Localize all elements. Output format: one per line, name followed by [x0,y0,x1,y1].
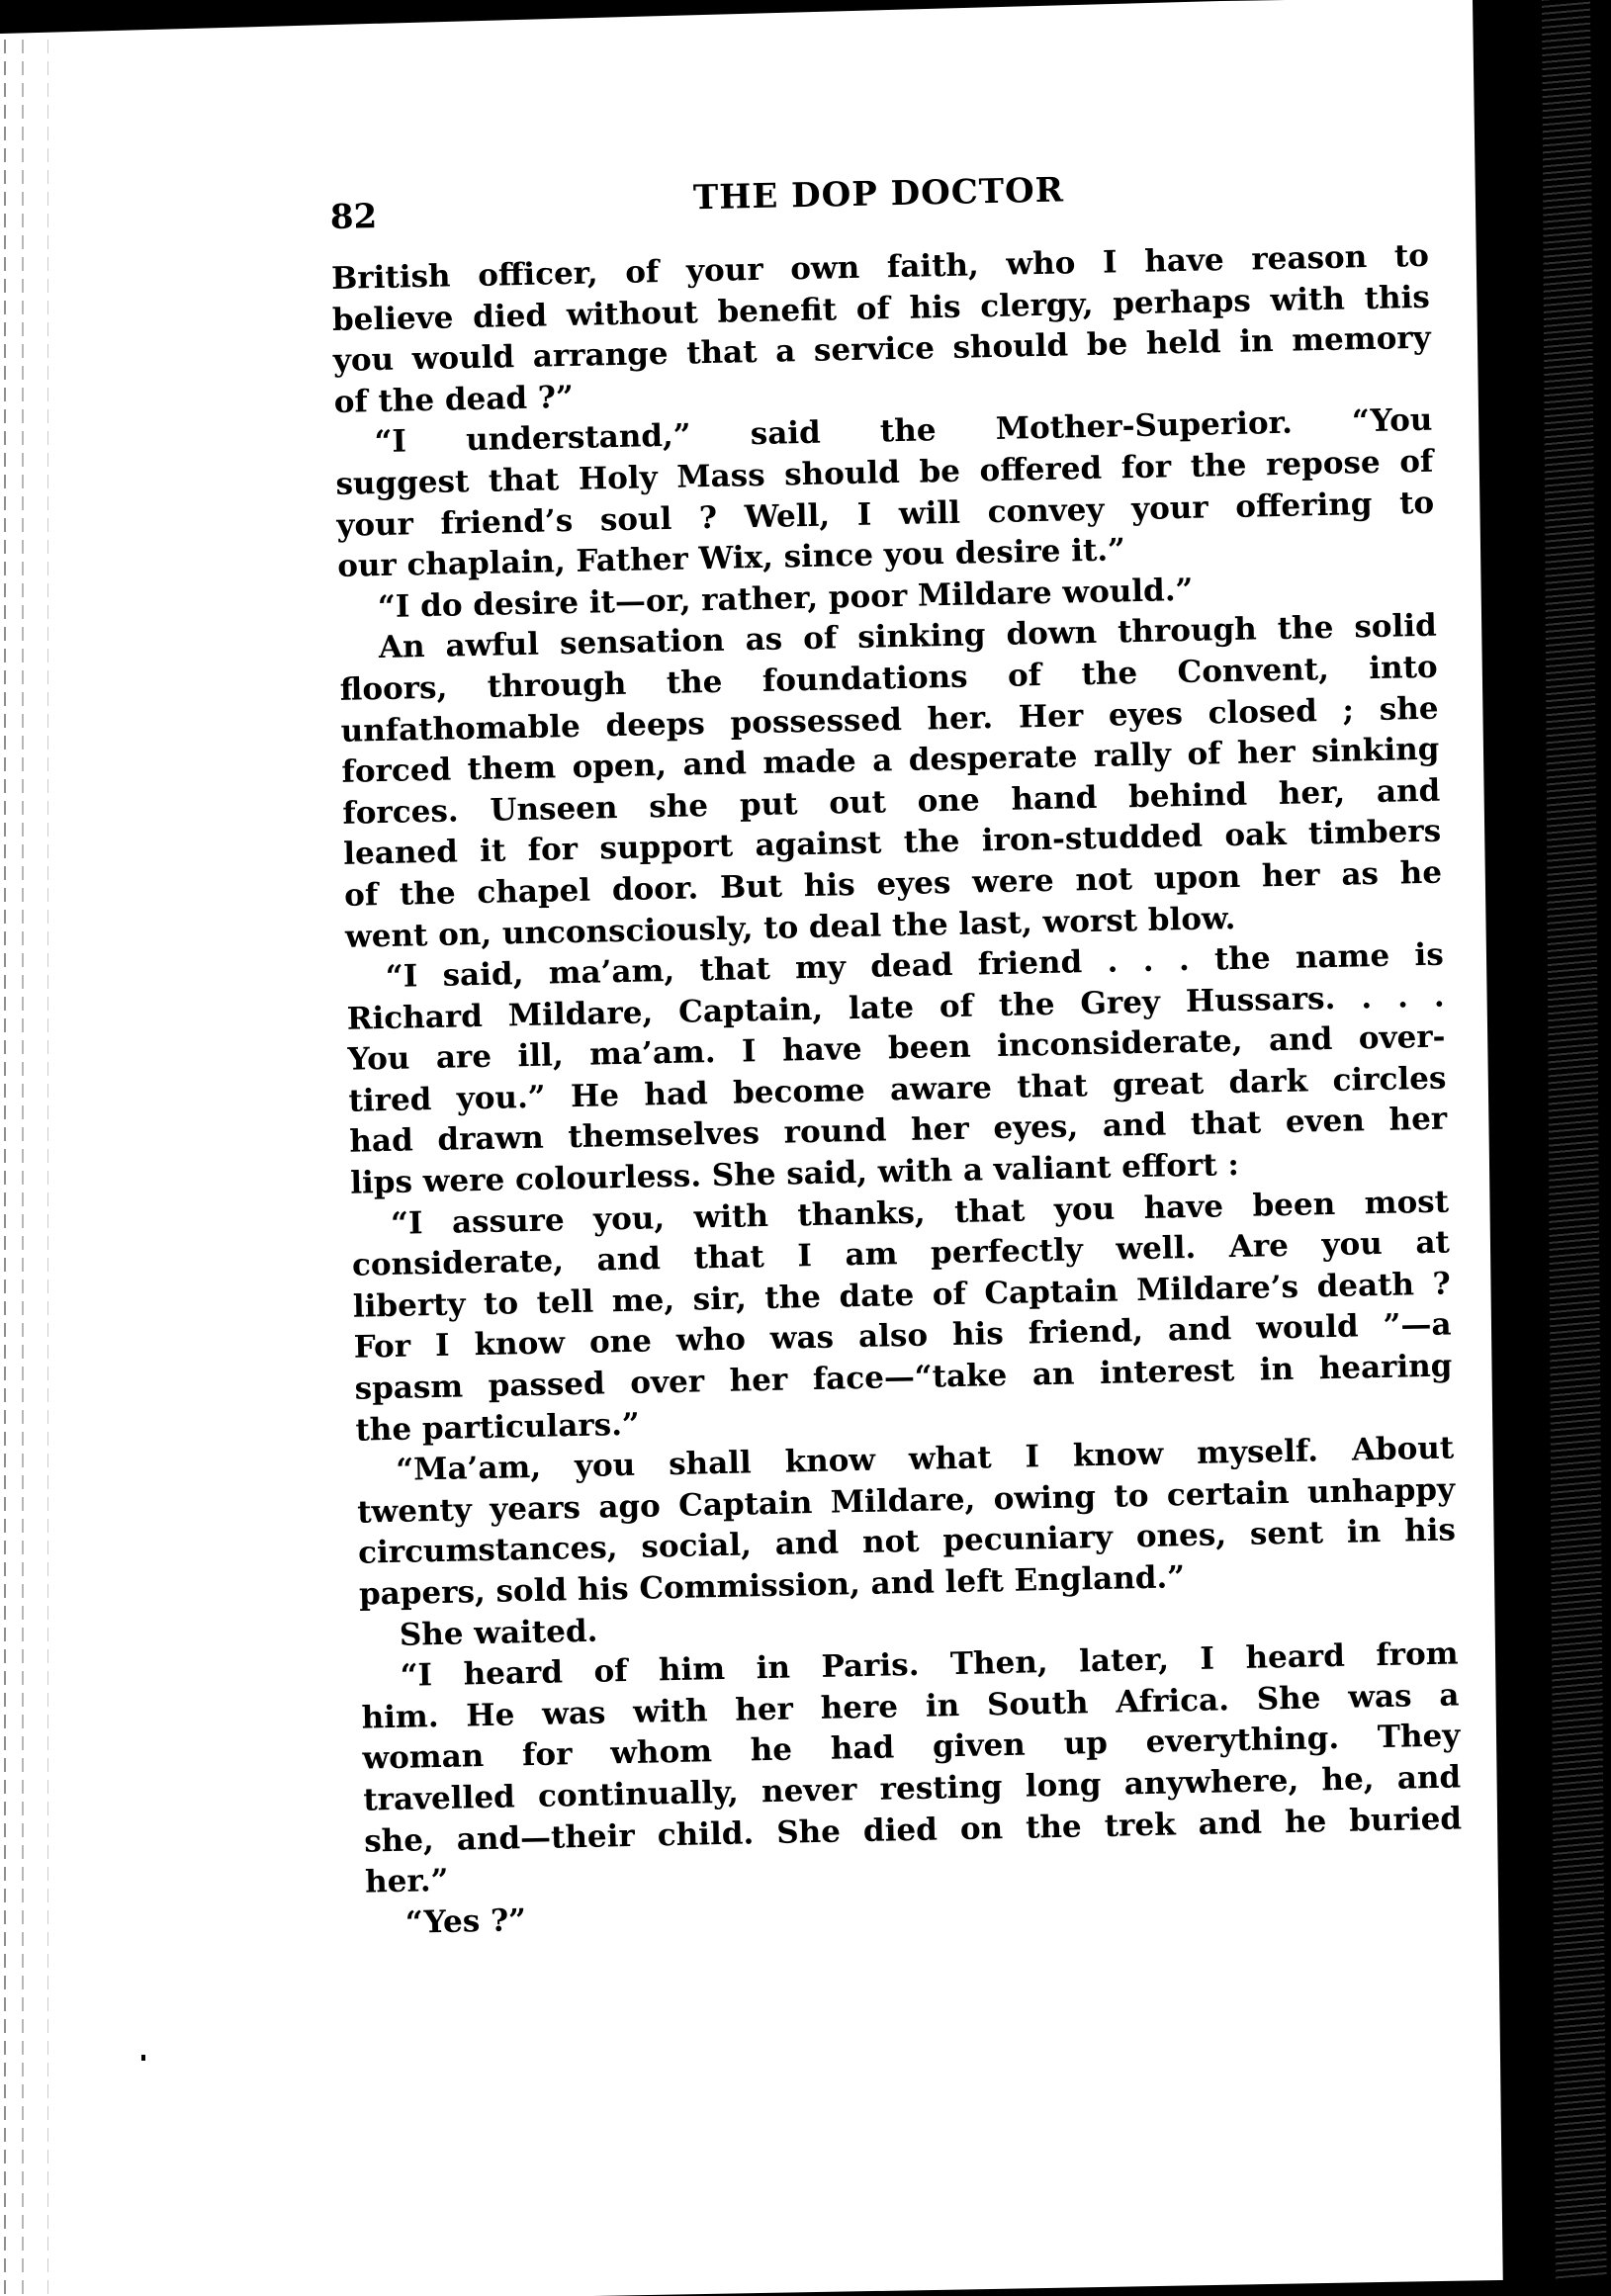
paragraph: An awful sensation as of sinking down th… [339,606,1444,958]
scan-left-edge-artifacts [0,40,69,2296]
paragraph: “Ma’am, you shall know what I know mysel… [356,1429,1457,1617]
body-text: British officer, of your own faith, who … [331,236,1464,1945]
book-page: 82 THE DOP DOCTOR British officer, of yo… [329,155,1464,1945]
running-head: 82 THE DOP DOCTOR [329,155,1428,237]
stray-ink-mark [141,2055,145,2061]
scan-top-edge-shadow [0,0,1286,34]
running-title: THE DOP DOCTOR [329,163,1428,225]
paragraph: “I heard of him in Paris. Then, later, I… [360,1634,1463,1904]
paragraph: “I said, ma’am, that my dead friend . . … [346,935,1449,1205]
paragraph: “I assure you, with thanks, that you hav… [351,1182,1454,1452]
paragraph: “I understand,” said the Mother-Superior… [334,400,1435,588]
paragraph: British officer, of your own faith, who … [331,236,1432,424]
scan-bottom-edge-shadow [593,2278,1611,2296]
